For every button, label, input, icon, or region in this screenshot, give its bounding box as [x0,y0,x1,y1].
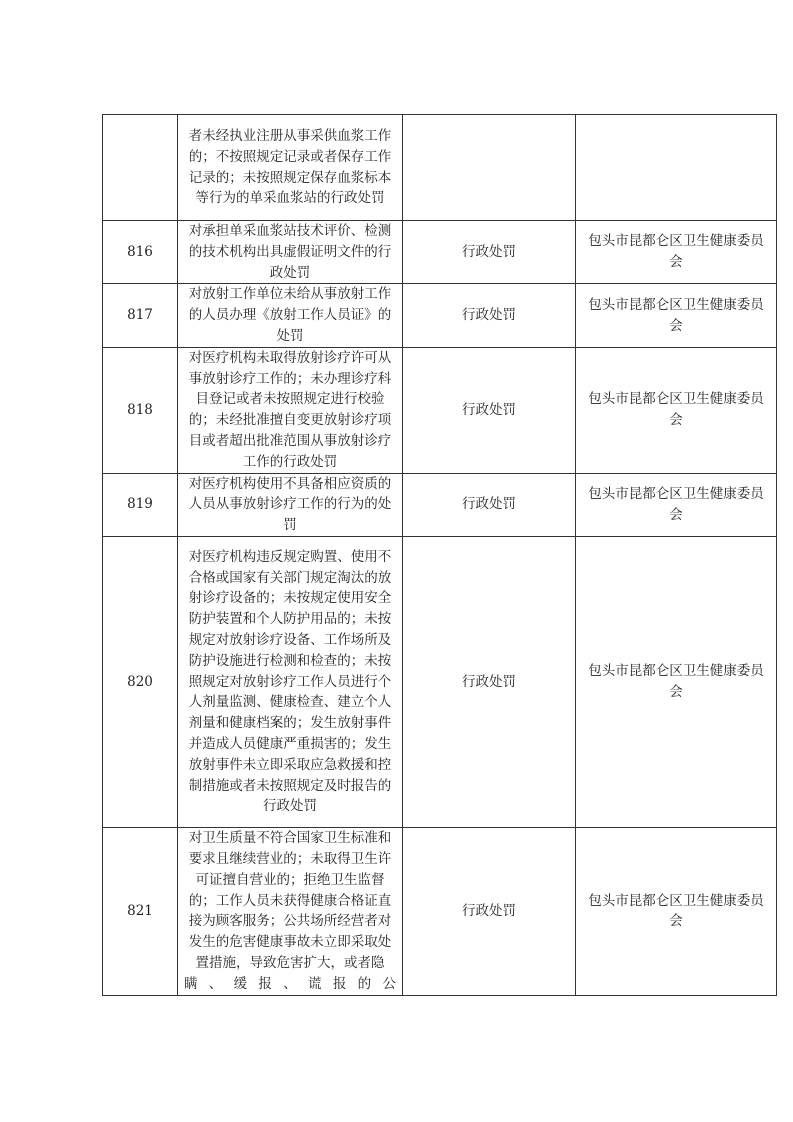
item-number-cell: 818 [103,347,178,473]
item-type-cell: 行政处罚 [403,473,576,536]
table-row: 819 对医疗机构使用不具备相应资质的人员从事放射诊疗工作的行为的处罚 行政处罚… [103,473,777,536]
item-number-cell: 820 [103,536,178,827]
table-row: 821 对卫生质量不符合国家卫生标准和要求且继续营业的；未取得卫生许可证擅自营业… [103,827,777,995]
item-department-cell: 包头市昆都仑区卫生健康委员会 [576,827,777,995]
table-row: 816 对承担单采血浆站技术评价、检测的技术机构出具虚假证明文件的行政处罚 行政… [103,221,777,284]
item-department-cell: 包头市昆都仑区卫生健康委员会 [576,284,777,347]
penalty-items-table: 者未经执业注册从事采供血浆工作的；不按照规定记录或者保存工作记录的；未按照规定保… [102,114,777,996]
item-number-cell: 821 [103,827,178,995]
document-page: 者未经执业注册从事采供血浆工作的；不按照规定记录或者保存工作记录的；未按照规定保… [0,0,793,1122]
item-department-cell: 包头市昆都仑区卫生健康委员会 [576,347,777,473]
item-department-cell [576,115,777,221]
item-name-cell: 对医疗机构违反规定购置、使用不合格或国家有关部门规定淘汰的放射诊疗设备的；未按规… [178,536,403,827]
item-number-cell: 819 [103,473,178,536]
item-type-cell [403,115,576,221]
table-row: 818 对医疗机构未取得放射诊疗许可从事放射诊疗工作的；未办理诊疗科目登记或者未… [103,347,777,473]
item-type-cell: 行政处罚 [403,221,576,284]
item-number-cell: 817 [103,284,178,347]
table-row: 820 对医疗机构违反规定购置、使用不合格或国家有关部门规定淘汰的放射诊疗设备的… [103,536,777,827]
item-name-cell: 对医疗机构未取得放射诊疗许可从事放射诊疗工作的；未办理诊疗科目登记或者未按照规定… [178,347,403,473]
item-type-cell: 行政处罚 [403,347,576,473]
item-number-cell: 816 [103,221,178,284]
item-number-cell [103,115,178,221]
item-name-cell: 对卫生质量不符合国家卫生标准和要求且继续营业的；未取得卫生许可证擅自营业的；拒绝… [178,827,403,995]
table-row: 817 对放射工作单位未给从事放射工作的人员办理《放射工作人员证》的处罚 行政处… [103,284,777,347]
table-row: 者未经执业注册从事采供血浆工作的；不按照规定记录或者保存工作记录的；未按照规定保… [103,115,777,221]
item-name-cell: 对放射工作单位未给从事放射工作的人员办理《放射工作人员证》的处罚 [178,284,403,347]
item-department-cell: 包头市昆都仑区卫生健康委员会 [576,473,777,536]
item-name-cell: 对医疗机构使用不具备相应资质的人员从事放射诊疗工作的行为的处罚 [178,473,403,536]
item-department-cell: 包头市昆都仑区卫生健康委员会 [576,536,777,827]
item-type-cell: 行政处罚 [403,536,576,827]
item-name-cell: 者未经执业注册从事采供血浆工作的；不按照规定记录或者保存工作记录的；未按照规定保… [178,115,403,221]
item-name-cell: 对承担单采血浆站技术评价、检测的技术机构出具虚假证明文件的行政处罚 [178,221,403,284]
item-department-cell: 包头市昆都仑区卫生健康委员会 [576,221,777,284]
item-type-cell: 行政处罚 [403,284,576,347]
item-type-cell: 行政处罚 [403,827,576,995]
